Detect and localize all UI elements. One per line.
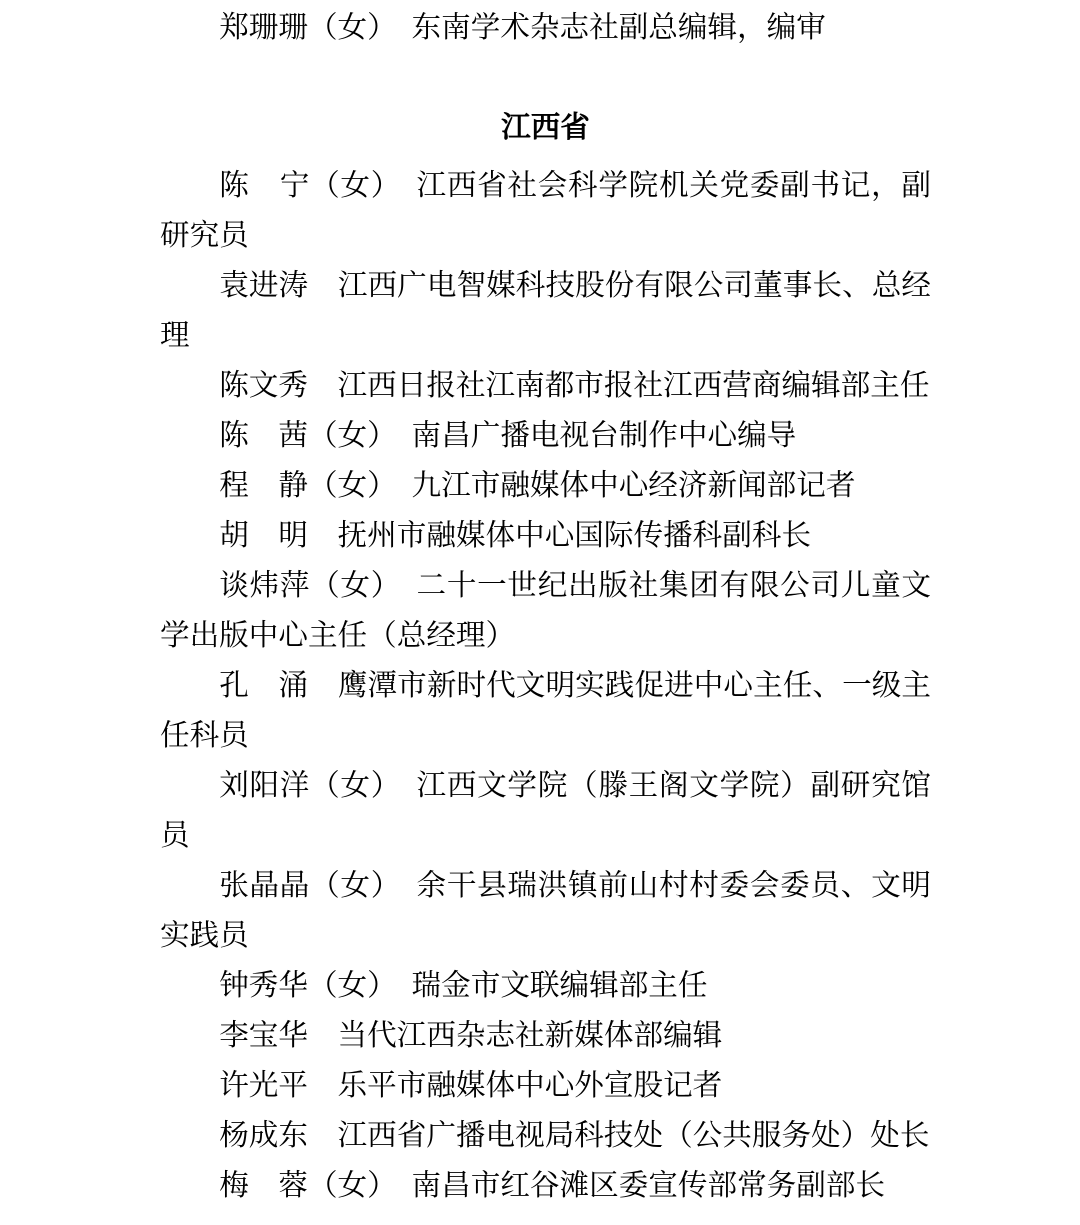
list-item: 陈 宁（女） 江西省社会科学院机关党委副书记，副研究员 — [160, 161, 931, 261]
document-page: 郑珊珊（女） 东南学术杂志社副总编辑，编审 江西省 陈 宁（女） 江西省社会科学… — [0, 0, 1080, 1225]
list-item: 袁进涛 江西广电智媒科技股份有限公司董事长、总经理 — [160, 261, 931, 361]
list-item: 钟秀华（女） 瑞金市文联编辑部主任 — [160, 961, 931, 1011]
list-item: 陈 茜（女） 南昌广播电视台制作中心编导 — [160, 411, 931, 461]
list-item: 程 静（女） 九江市融媒体中心经济新闻部记者 — [160, 461, 931, 511]
list-item: 杨成东 江西省广播电视局科技处（公共服务处）处长 — [160, 1111, 931, 1161]
list-item: 张晶晶（女） 余干县瑞洪镇前山村村委会委员、文明实践员 — [160, 861, 931, 961]
list-item: 郑珊珊（女） 东南学术杂志社副总编辑，编审 — [160, 3, 931, 53]
list-item: 谈炜萍（女） 二十一世纪出版社集团有限公司儿童文学出版中心主任（总经理） — [160, 561, 931, 661]
award-list-document: 郑珊珊（女） 东南学术杂志社副总编辑，编审 江西省 陈 宁（女） 江西省社会科学… — [160, 3, 931, 1211]
entry-list: 陈 宁（女） 江西省社会科学院机关党委副书记，副研究员袁进涛 江西广电智媒科技股… — [160, 161, 931, 1211]
section-heading: 江西省 — [160, 103, 931, 153]
leading-entry-list: 郑珊珊（女） 东南学术杂志社副总编辑，编审 — [160, 3, 931, 53]
list-item: 胡 明 抚州市融媒体中心国际传播科副科长 — [160, 511, 931, 561]
list-item: 刘阳洋（女） 江西文学院（滕王阁文学院）副研究馆员 — [160, 761, 931, 861]
list-item: 孔 涌 鹰潭市新时代文明实践促进中心主任、一级主任科员 — [160, 661, 931, 761]
list-item: 陈文秀 江西日报社江南都市报社江西营商编辑部主任 — [160, 361, 931, 411]
list-item: 梅 蓉（女） 南昌市红谷滩区委宣传部常务副部长 — [160, 1161, 931, 1211]
list-item: 李宝华 当代江西杂志社新媒体部编辑 — [160, 1011, 931, 1061]
list-item: 许光平 乐平市融媒体中心外宣股记者 — [160, 1061, 931, 1111]
